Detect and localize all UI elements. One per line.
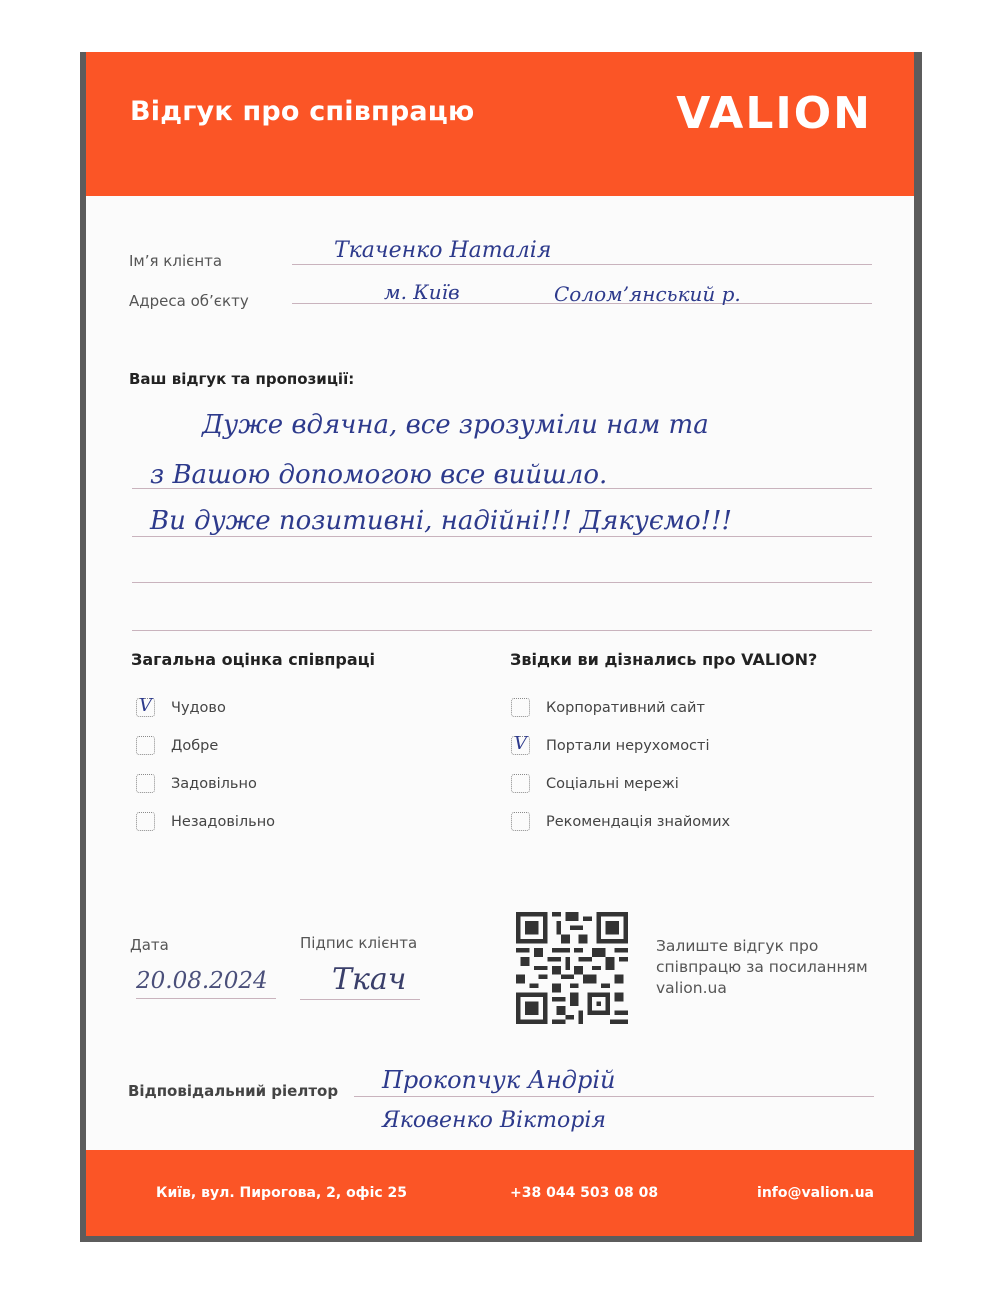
client-name-line (292, 264, 872, 265)
checkbox[interactable]: V (136, 698, 155, 717)
source-title: Звідки ви дізнались про VALION? (510, 650, 817, 669)
feedback-text-1[interactable]: Дуже вдячна, все зрозуміли нам та (202, 410, 709, 440)
rating-option-unsatisfactory[interactable]: Незадовільно (136, 812, 275, 831)
address-label: Адреса об’єкту (129, 292, 249, 310)
feedback-text-3[interactable]: Ви дуже позитивні, надійні!!! Дякуємо!!! (150, 506, 732, 536)
client-name-label: Ім’я клієнта (129, 252, 222, 270)
checkbox[interactable] (136, 736, 155, 755)
footer-bar: Київ, вул. Пирогова, 2, офіс 25 +38 044 … (86, 1150, 914, 1236)
checkbox[interactable]: V (511, 736, 530, 755)
realtor-line (354, 1096, 874, 1097)
valion-logo: VALION (676, 88, 872, 139)
checkbox[interactable] (511, 774, 530, 793)
realtor-name-2[interactable]: Яковенко Вікторія (382, 1108, 606, 1133)
feedback-text-2[interactable]: з Вашою допомогою все вийшло. (150, 460, 607, 490)
feedback-line-4 (132, 630, 872, 631)
date-label: Дата (130, 936, 169, 954)
address-district-value[interactable]: Солом’янський р. (554, 282, 741, 306)
footer-email[interactable]: info@valion.ua (757, 1185, 874, 1201)
date-value[interactable]: 20.08.2024 (136, 968, 268, 994)
valion-link[interactable]: valion.ua (656, 978, 868, 999)
checkbox[interactable] (136, 812, 155, 831)
footer-phone[interactable]: +38 044 503 08 08 (510, 1185, 658, 1201)
client-signature[interactable]: Ткач (332, 962, 406, 997)
checkbox[interactable] (511, 812, 530, 831)
rating-title: Загальна оцінка співпраці (131, 650, 375, 669)
footer-address: Київ, вул. Пирогова, 2, офіс 25 (156, 1185, 407, 1201)
feedback-line-2 (132, 536, 872, 537)
realtor-label: Відповідальний ріелтор (128, 1082, 338, 1100)
source-option-website[interactable]: Корпоративний сайт (511, 698, 705, 717)
rating-option-good[interactable]: Добре (136, 736, 218, 755)
feedback-form-sheet: Відгук про співпрацю VALION Ім’я клієнта… (86, 52, 914, 1236)
feedback-label: Ваш відгук та пропозиції: (129, 370, 354, 388)
signature-line (300, 999, 420, 1000)
form-title: Відгук про співпрацю (130, 96, 474, 127)
check-mark-icon: V (514, 733, 527, 754)
check-mark-icon: V (139, 695, 152, 716)
rating-option-satisfactory[interactable]: Задовільно (136, 774, 257, 793)
source-option-referral[interactable]: Рекомендація знайомих (511, 812, 730, 831)
feedback-line-3 (132, 582, 872, 583)
header-bar: Відгук про співпрацю VALION (86, 52, 914, 196)
signature-label: Підпис клієнта (300, 934, 417, 952)
qr-caption: Залиште відгук про співпрацю за посиланн… (656, 936, 868, 999)
client-name-value[interactable]: Ткаченко Наталія (334, 238, 551, 263)
qr-code-icon[interactable] (516, 912, 628, 1024)
source-option-portals[interactable]: V Портали нерухомості (511, 736, 710, 755)
checkbox[interactable] (511, 698, 530, 717)
address-city-value[interactable]: м. Київ (384, 280, 460, 304)
rating-option-excellent[interactable]: V Чудово (136, 698, 226, 717)
date-line (136, 998, 276, 999)
source-option-social[interactable]: Соціальні мережі (511, 774, 679, 793)
realtor-name-1[interactable]: Прокопчук Андрій (382, 1066, 615, 1094)
checkbox[interactable] (136, 774, 155, 793)
